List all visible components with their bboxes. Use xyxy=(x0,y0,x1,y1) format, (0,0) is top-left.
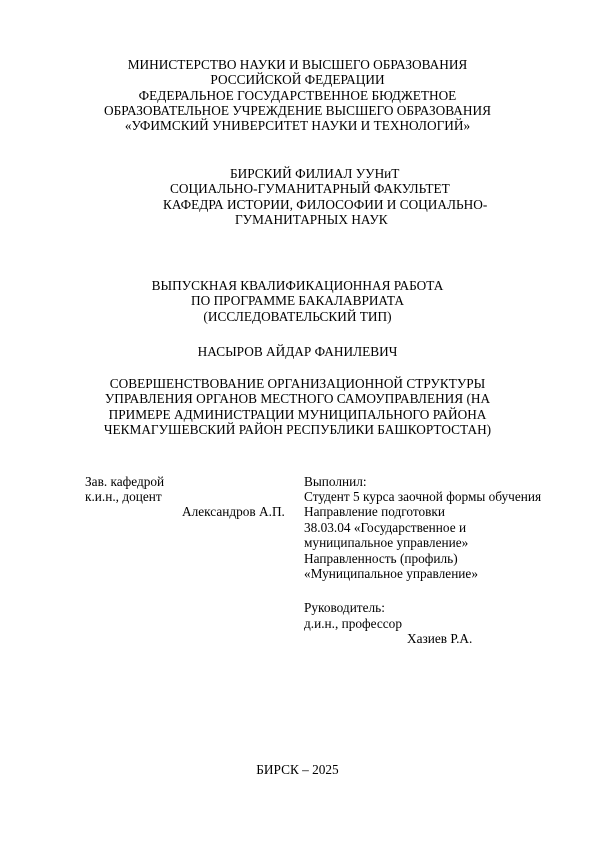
work-type: ВЫПУСКНАЯ КВАЛИФИКАЦИОННАЯ РАБОТА ПО ПРО… xyxy=(0,278,595,324)
title-line: СОВЕРШЕНСТВОВАНИЕ ОРГАНИЗАЦИОННОЙ СТРУКТ… xyxy=(0,376,595,391)
work-type-line: ПО ПРОГРАММЕ БАКАЛАВРИАТА xyxy=(0,293,595,308)
head-name: Александров А.П. xyxy=(182,504,285,519)
thesis-title: СОВЕРШЕНСТВОВАНИЕ ОРГАНИЗАЦИОННОЙ СТРУКТ… xyxy=(0,376,595,437)
work-type-line: (ИССЛЕДОВАТЕЛЬСКИЙ ТИП) xyxy=(0,309,595,324)
title-line: ЧЕКМАГУШЕВСКИЙ РАЙОН РЕСПУБЛИКИ БАШКОРТО… xyxy=(0,422,595,437)
supervisor-degree: д.и.н., профессор xyxy=(304,616,402,631)
ministry-header: МИНИСТЕРСТВО НАУКИ И ВЫСШЕГО ОБРАЗОВАНИЯ… xyxy=(0,57,595,133)
header-line: ФЕДЕРАЛЬНОЕ ГОСУДАРСТВЕННОЕ БЮДЖЕТНОЕ xyxy=(0,88,595,103)
title-line: УПРАВЛЕНИЯ ОРГАНОВ МЕСТНОГО САМОУПРАВЛЕН… xyxy=(0,391,595,406)
performer-line: «Муниципальное управление» xyxy=(304,566,478,581)
branch-line: ГУМАНИТАРНЫХ НАУК xyxy=(235,212,388,227)
header-line: «УФИМСКИЙ УНИВЕРСИТЕТ НАУКИ И ТЕХНОЛОГИЙ… xyxy=(0,118,595,133)
performer-line: Направление подготовки xyxy=(304,504,445,519)
branch-line: БИРСКИЙ ФИЛИАЛ УУНиТ xyxy=(230,166,399,181)
work-type-line: ВЫПУСКНАЯ КВАЛИФИКАЦИОННАЯ РАБОТА xyxy=(0,278,595,293)
header-line: МИНИСТЕРСТВО НАУКИ И ВЫСШЕГО ОБРАЗОВАНИЯ xyxy=(0,57,595,72)
performer-line: муниципальное управление» xyxy=(304,535,468,550)
branch-line: СОЦИАЛЬНО-ГУМАНИТАРНЫЙ ФАКУЛЬТЕТ xyxy=(170,181,450,196)
supervisor-label: Руководитель: xyxy=(304,600,385,615)
city-year: БИРСК – 2025 xyxy=(0,762,595,777)
head-label: Зав. кафедрой xyxy=(85,474,164,489)
branch-line: КАФЕДРА ИСТОРИИ, ФИЛОСОФИИ И СОЦИАЛЬНО- xyxy=(163,197,487,212)
header-line: ОБРАЗОВАТЕЛЬНОЕ УЧРЕЖДЕНИЕ ВЫСШЕГО ОБРАЗ… xyxy=(0,103,595,118)
performer-line: Направленность (профиль) xyxy=(304,551,458,566)
head-degree: к.и.н., доцент xyxy=(85,489,162,504)
supervisor-name: Хазиев Р.А. xyxy=(407,631,472,646)
header-line: РОССИЙСКОЙ ФЕДЕРАЦИИ xyxy=(0,72,595,87)
performer-line: Студент 5 курса заочной формы обучения xyxy=(304,489,541,504)
title-line: ПРИМЕРЕ АДМИНИСТРАЦИИ МУНИЦИПАЛЬНОГО РАЙ… xyxy=(0,407,595,422)
performer-label: Выполнил: xyxy=(304,474,367,489)
performer-line: 38.03.04 «Государственное и xyxy=(304,520,466,535)
author-name: НАСЫРОВ АЙДАР ФАНИЛЕВИЧ xyxy=(0,344,595,359)
